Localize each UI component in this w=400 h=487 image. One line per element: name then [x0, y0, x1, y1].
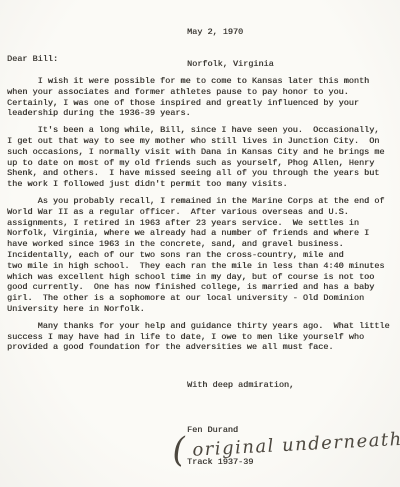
closing-block: With deep admiration, Fen Durand Track 1…: [187, 358, 294, 487]
letter-line: I get out that way to see my mother who …: [7, 136, 390, 147]
letter-page: May 2, 1970 Norfolk, Virginia Dear Bill:…: [0, 0, 400, 487]
letter-line: up to date on most of my old friends suc…: [7, 158, 390, 169]
letter-line: World War II as a regular officer. After…: [7, 207, 390, 218]
letter-date: May 2, 1970: [187, 27, 274, 38]
letter-line: I wish it were possible for me to come t…: [7, 76, 390, 87]
letter-line: Norfolk, Virginia, where we already had …: [7, 228, 390, 239]
salutation: Dear Bill:: [7, 54, 58, 65]
handwritten-open-paren: (: [171, 433, 186, 468]
paragraph: It's been a long while, Bill, since I ha…: [7, 125, 390, 190]
paragraph: As you probably recall, I remained in th…: [7, 196, 390, 315]
letter-line: University here in Norfolk.: [7, 304, 390, 315]
letter-line: Certainly, I was one of those inspired a…: [7, 98, 390, 109]
paragraph: Many thanks for your help and guidance t…: [7, 321, 390, 353]
closing-phrase: With deep admiration,: [187, 380, 294, 391]
letter-line: As you probably recall, I remained in th…: [7, 196, 390, 207]
letter-line: assignments, I retired in 1963 after 23 …: [7, 218, 390, 229]
letter-line: when your associates and former athletes…: [7, 87, 390, 98]
letter-line: leadership during the 1936-39 years.: [7, 108, 390, 119]
paragraph: I wish it were possible for me to come t…: [7, 76, 390, 119]
letter-line: girl. The other is a sophomore at our lo…: [7, 293, 390, 304]
letter-line: two mile in high school. They each ran t…: [7, 261, 390, 272]
letter-line: good currently. One has now finished col…: [7, 282, 390, 293]
letter-line: have worked since 1963 in the concrete, …: [7, 239, 390, 250]
letter-line: success I may have had in life to date, …: [7, 332, 390, 343]
letter-line: provided a good foundation for the adver…: [7, 342, 390, 353]
letter-line: Incidentally, each of our two sons ran t…: [7, 250, 390, 261]
letter-line: It's been a long while, Bill, since I ha…: [7, 125, 390, 136]
letter-line: the work I followed just didn't permit t…: [7, 179, 390, 190]
letter-body: I wish it were possible for me to come t…: [7, 76, 390, 359]
letter-line: which was excellent high school time in …: [7, 272, 390, 283]
letter-place: Norfolk, Virginia: [187, 59, 274, 70]
handwritten-note-text: original underneath: [192, 428, 400, 460]
letter-line: such occasions, I normally visit with Da…: [7, 147, 390, 158]
letter-line: Many thanks for your help and guidance t…: [7, 321, 390, 332]
letter-line: Shenk, and others. I have missed seeing …: [7, 168, 390, 179]
